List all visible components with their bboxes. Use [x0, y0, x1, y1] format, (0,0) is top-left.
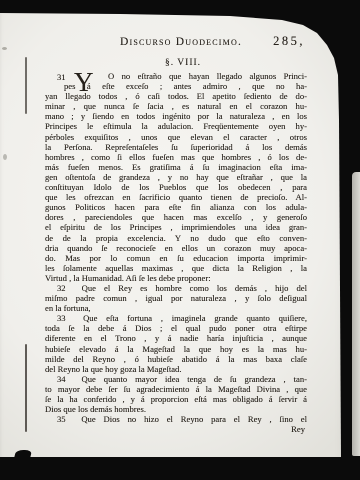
text-line: pérboles exquiſitos , unos que elevan el…	[45, 132, 307, 142]
text-line: gen oſtentoſa de grandeza , y no hay que…	[45, 172, 307, 182]
left-margin-crease-line	[25, 57, 27, 114]
text-line: del Reyno la que hoy goza la Mageſtad.	[45, 364, 307, 374]
text-line: dores , pareciendoles que hacen mas exce…	[45, 212, 307, 222]
body-text: 31 Y O no eſtraño que hayan llegado algu…	[45, 71, 307, 434]
text-line: les ſolamente aquellas maximas , que dic…	[45, 263, 307, 273]
text-line: el eſpiritu de los Principes , imprimien…	[45, 222, 307, 232]
text-line: gunos Politicos hacen para eſte fin alia…	[45, 202, 307, 212]
text-line: hombres , como ſi ellos fueſen mas que h…	[45, 152, 307, 162]
text-line: Principes le eſtimula la adulacion. Freq…	[45, 121, 307, 131]
text-line: milde del Reyno , ó hubieſe abatido á la…	[45, 354, 307, 364]
text-line: 33 Que eſta fortuna , imaginela grande q…	[45, 313, 307, 323]
text-line: miſmo padre comun , igual por naturaleza…	[45, 293, 307, 303]
page-content: Discurso Duodecimo. 285, §. VIII. 31 Y O…	[45, 36, 307, 434]
text-line: hubieſe elevado á la Mageſtad la que hoy…	[45, 344, 307, 354]
adjacent-page-edge	[352, 172, 360, 456]
text-line: mano ; y ſiendo en todos ingénito por la…	[45, 111, 307, 121]
text-line: 34 Que quanto mayor idea tenga de ſu gra…	[45, 374, 307, 384]
text-line: de de la propia excelencia. Y no dudo qu…	[45, 233, 307, 243]
margin-speck	[3, 154, 7, 160]
text-line: en la fortuna,	[45, 303, 307, 313]
catchword: Rey	[45, 424, 307, 434]
text-line: 32 Que el Rey es hombre como los demás ,…	[45, 283, 307, 293]
scanned-book-photo: Discurso Duodecimo. 285, §. VIII. 31 Y O…	[0, 0, 360, 480]
page-number: 285,	[273, 34, 305, 49]
text-line: toda ſe la debe á Dios ; el qual pudo po…	[45, 323, 307, 333]
text-line: conſtituyan Idolo de los Pueblos que los…	[45, 182, 307, 192]
text-line: que les ofrezcan en ſacrificio quanto ti…	[45, 192, 307, 202]
left-margin-crease-line	[25, 344, 27, 432]
text-line: ſe la ha conferido , y á proporcion eſtá…	[45, 394, 307, 404]
text-line: minar , que nunca ſe ſacia , es natural …	[45, 101, 307, 111]
text-line: do. Mas por lo comun en ſu educacion imp…	[45, 253, 307, 263]
text-line: dria quando ſe reconocieſe en ellos un c…	[45, 243, 307, 253]
text-line: 35 Que Dios no hizo el Reyno para el Rey…	[45, 414, 307, 424]
text-line: to mayor debe ſer ſu agradecimiento á la…	[45, 384, 307, 394]
running-header: Discurso Duodecimo. 285,	[45, 36, 307, 50]
text-line: diferente en el Trono , y á nadie haría …	[45, 333, 307, 343]
text-line: Virtud , la Humanidad. Aſi ſe les debe p…	[45, 273, 307, 283]
drop-cap-initial: Y	[74, 69, 94, 95]
text-line: más fueſen menos. Es gratiſima á ſu imag…	[45, 162, 307, 172]
scan-border-notch	[14, 450, 32, 459]
book-page: Discurso Duodecimo. 285, §. VIII. 31 Y O…	[0, 0, 360, 480]
margin-speck	[2, 47, 7, 50]
text-line: Dios que los demás hombres.	[45, 404, 307, 414]
paragraph-number: 31	[57, 72, 66, 82]
running-title: Discurso Duodecimo.	[45, 36, 307, 48]
text-line: la Perſona. Repreſentaſeles ſu ſuperiori…	[45, 142, 307, 152]
